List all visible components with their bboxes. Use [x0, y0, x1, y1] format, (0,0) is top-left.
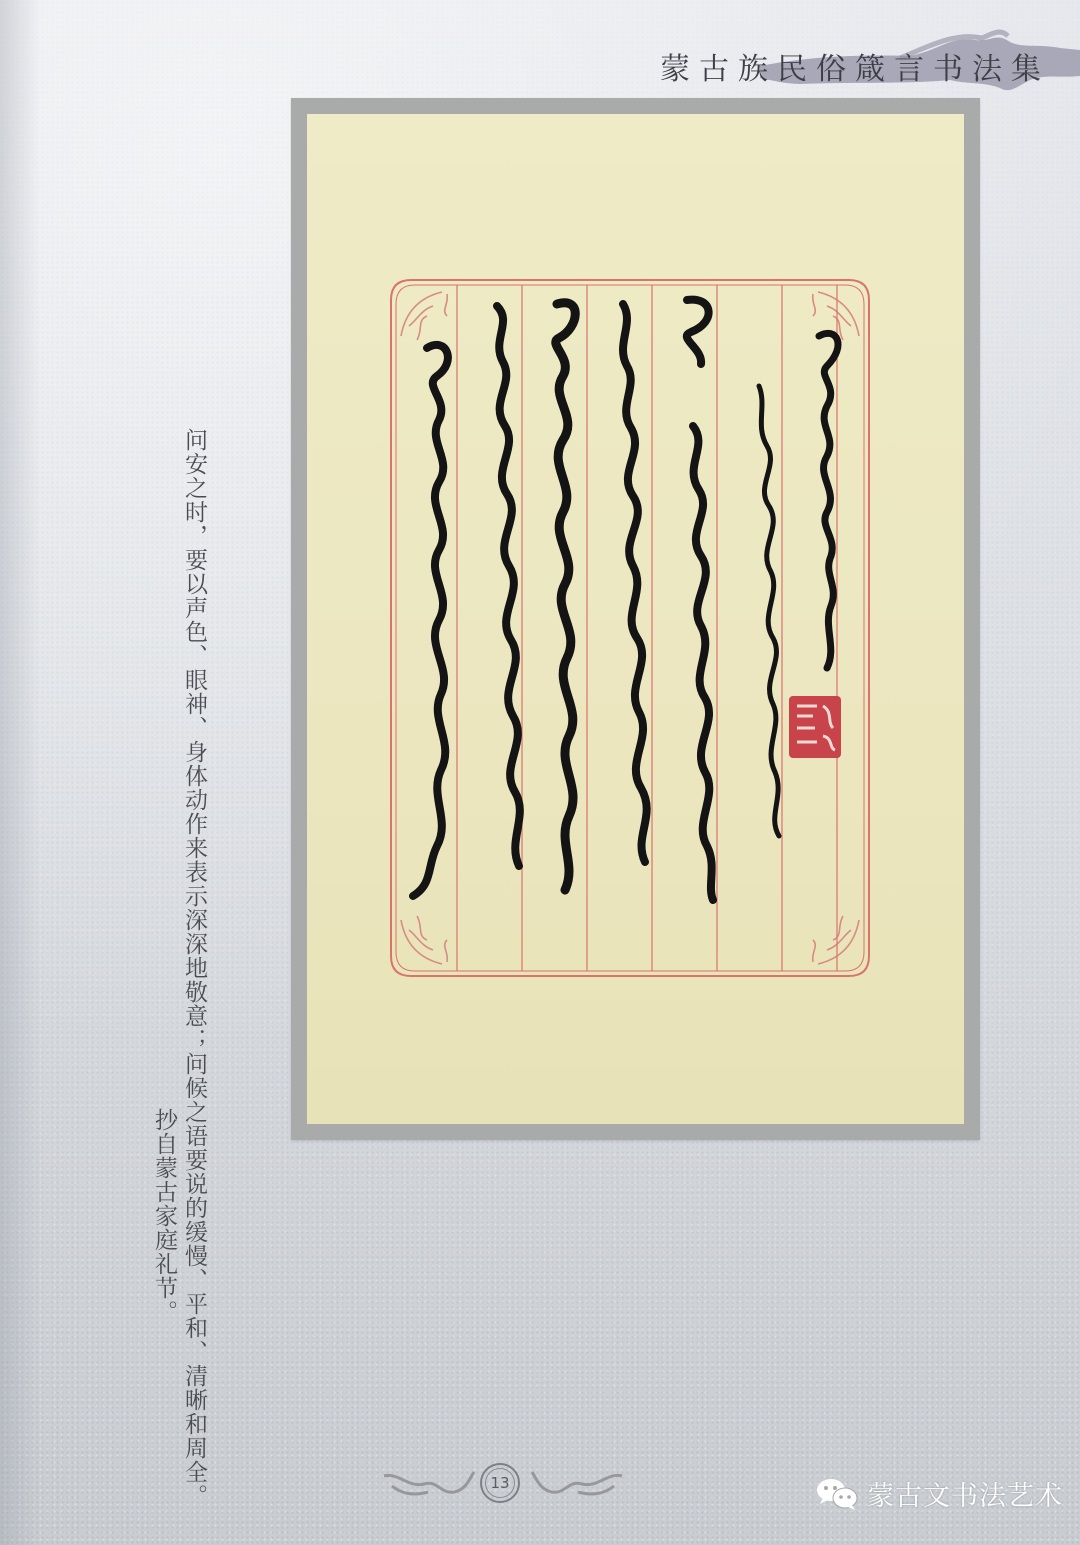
caption-source: 抄自蒙古家庭礼节。 — [152, 1108, 175, 1324]
calligraphy-paper — [307, 114, 964, 1124]
book-title: 蒙古族民俗箴言书法集 — [660, 44, 1050, 88]
wechat-watermark: 蒙古文书法艺术 — [815, 1474, 1063, 1513]
wechat-icon — [815, 1477, 859, 1511]
watermark-label: 蒙古文书法艺术 — [867, 1474, 1063, 1513]
caption-text: 问安之时，要以声色、眼神、身体动作来表示深深地敬意；问候之语要说的缓慢、平和、清… — [182, 428, 205, 1508]
calligraphy-grid — [387, 276, 873, 980]
book-page: 蒙古族民俗箴言书法集 — [0, 0, 1080, 1545]
calligraphy-artwork — [387, 276, 873, 980]
spine-shadow — [0, 0, 40, 1545]
page-number: 13 — [480, 1463, 520, 1503]
artist-seal — [789, 696, 841, 758]
artwork-mount — [291, 98, 980, 1140]
